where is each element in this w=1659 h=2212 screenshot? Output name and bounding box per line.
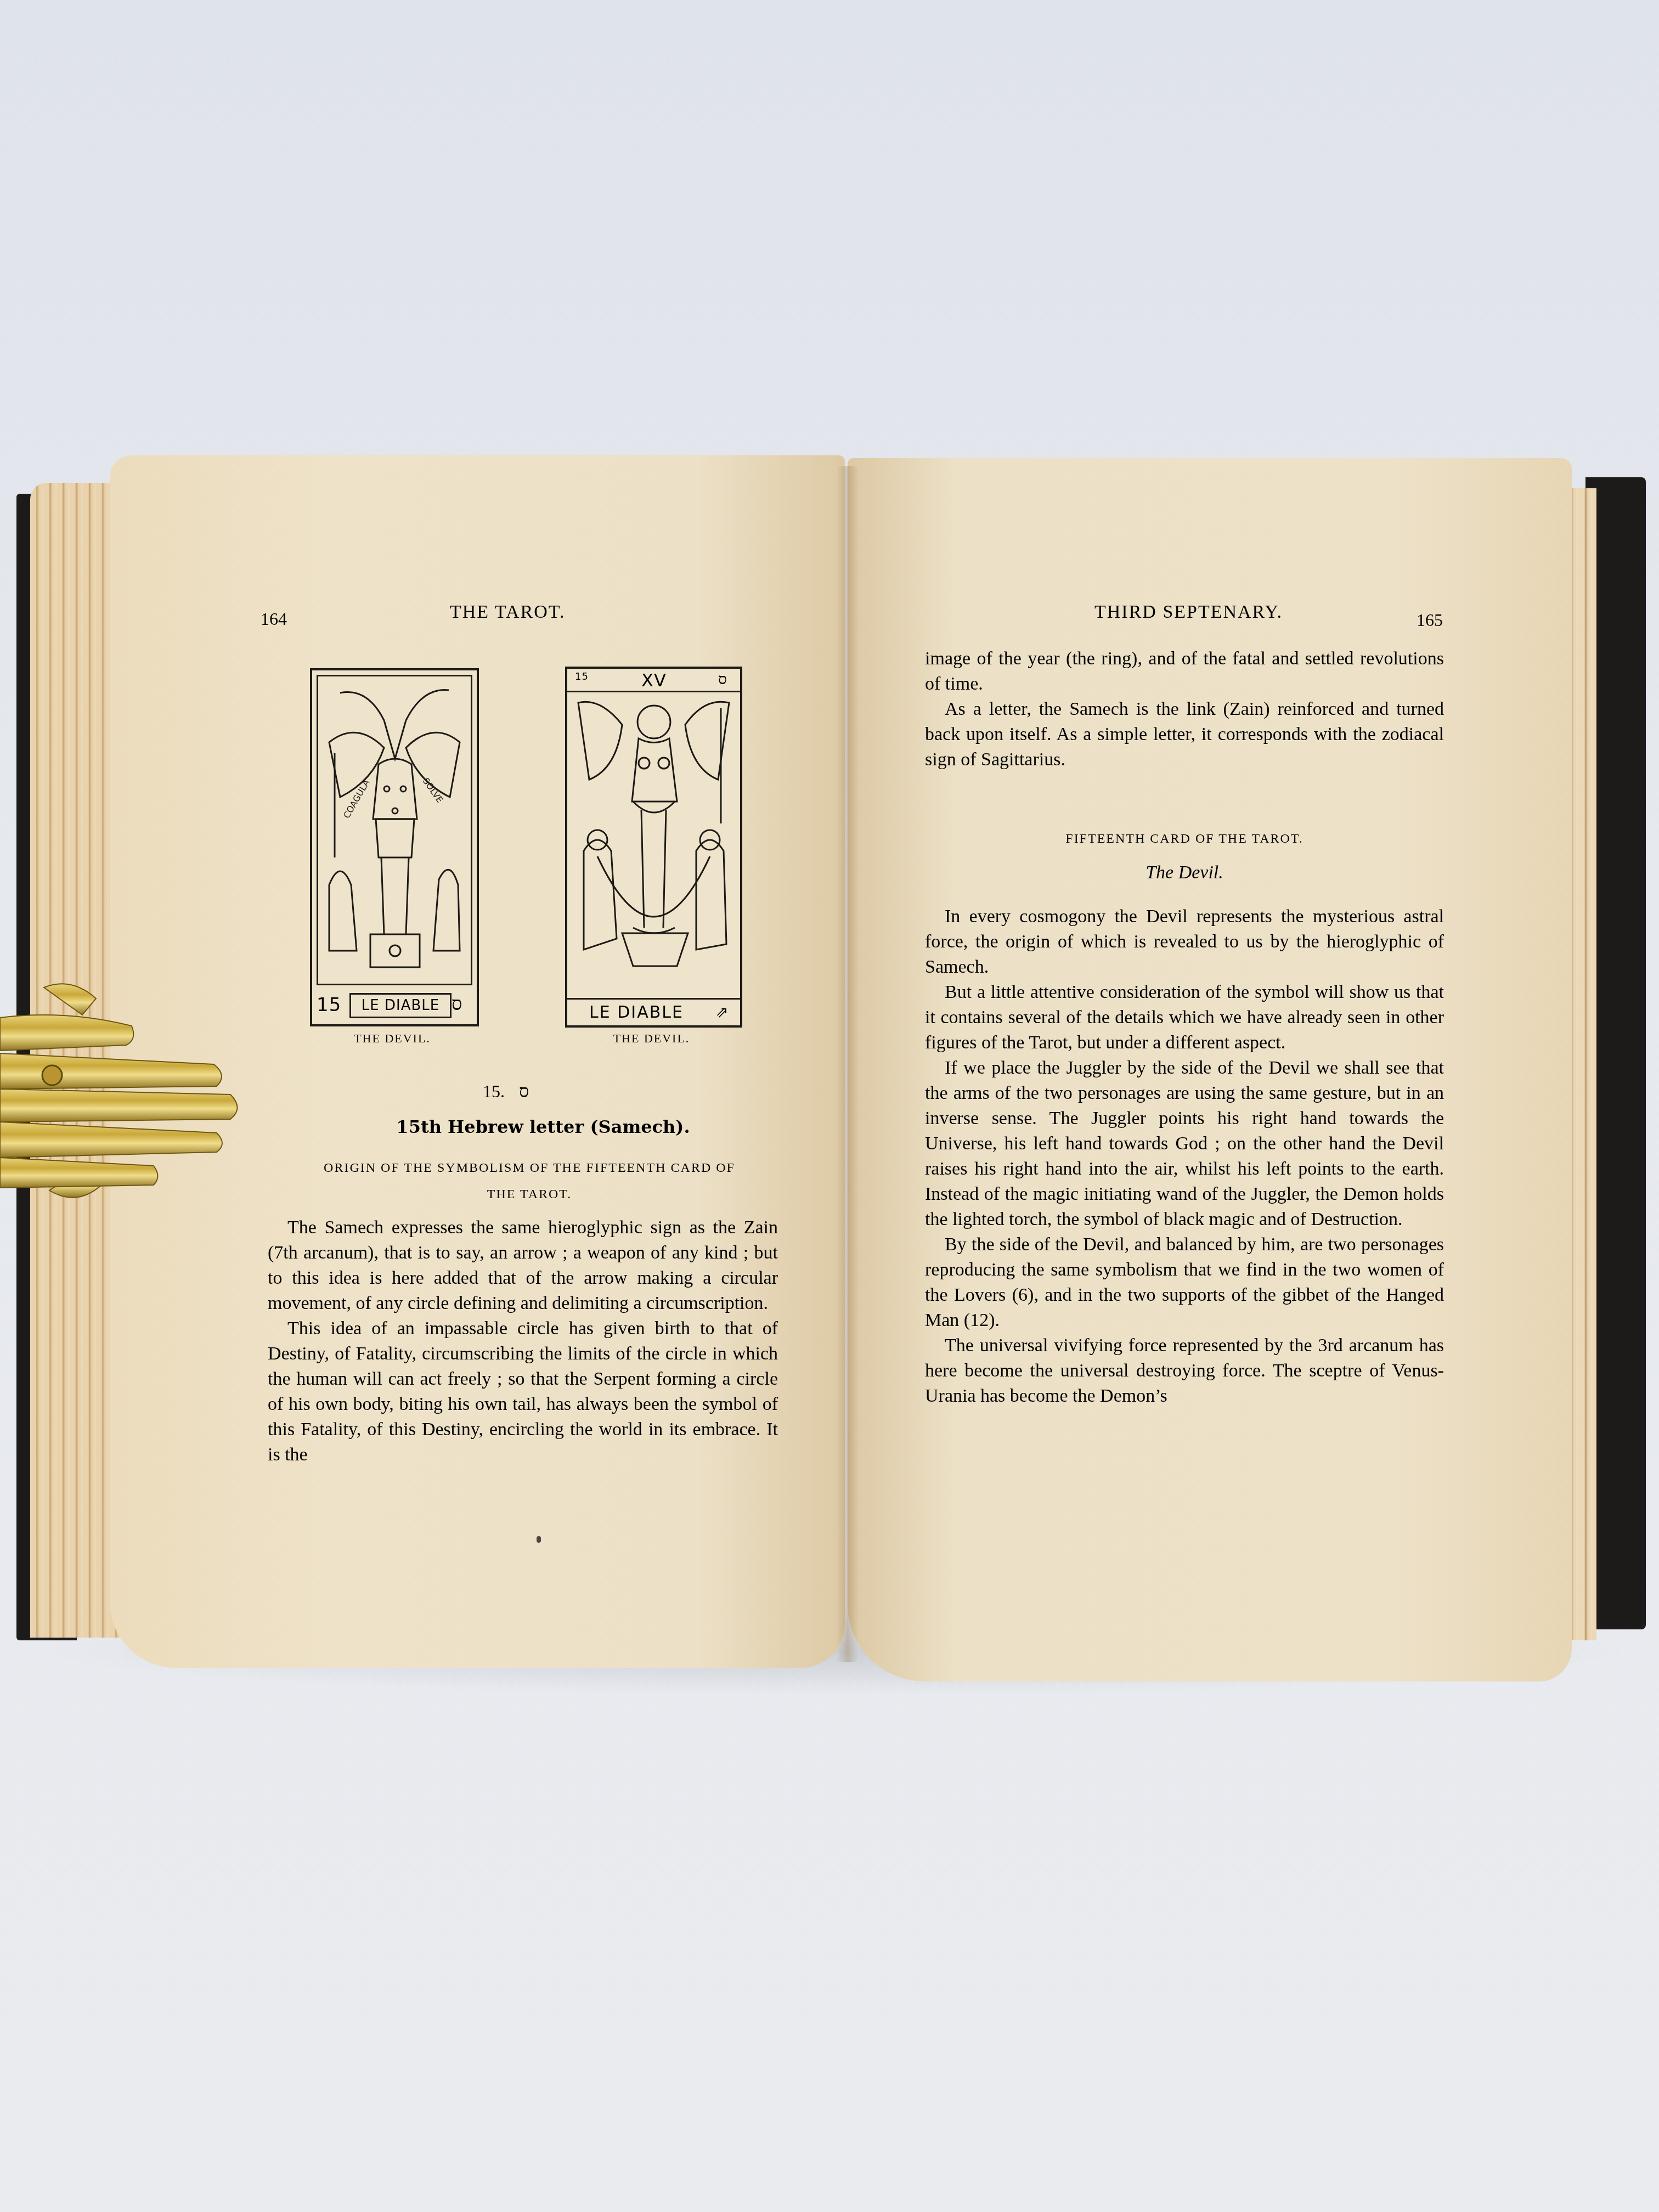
hebrew-letter-samech: ס: [718, 670, 727, 689]
card-top-banner: 15 XV ס: [567, 669, 740, 692]
right-page-number: 165: [1417, 610, 1443, 630]
paragraph: The Samech expresses the same hieroglyph…: [268, 1215, 778, 1316]
left-page-body: The Samech expresses the same hieroglyph…: [268, 1215, 778, 1468]
card-number-small: 15: [575, 671, 589, 682]
right-page-body: In every cosmogony the Devil represents …: [925, 904, 1444, 1409]
svg-text:COAGULA: COAGULA: [341, 777, 372, 820]
paragraph: By the side of the Devil, and balanced b…: [925, 1232, 1444, 1333]
baphomet-illustration-icon: COAGULA SOLVE: [318, 676, 471, 984]
right-section-subheading: The Devil.: [925, 862, 1444, 883]
roman-numeral: XV: [641, 670, 667, 691]
paragraph: image of the year (the ring), and of the…: [925, 646, 1444, 697]
right-section-heading: FIFTEENTH CARD OF THE TAROT.: [925, 826, 1444, 852]
arrow-symbol-icon: ⇗: [715, 1003, 729, 1021]
samech-glyph-icon: ס: [452, 993, 462, 1015]
tarot-card-figure-traditional-devil: 15 XV ס LE DIABLE ⇗: [565, 667, 742, 1028]
tarot-card-figure-marseille-devil: COAGULA SOLVE 15 LE DIABLE ס: [310, 668, 479, 1026]
paragraph: This idea of an impassable circle has gi…: [268, 1316, 778, 1468]
section-title: 15th Hebrew letter (Samech).: [296, 1116, 790, 1137]
right-page-body-top: image of the year (the ring), and of the…: [925, 646, 1444, 772]
card-illustration-frame: COAGULA SOLVE: [317, 675, 472, 985]
left-running-head: THE TAROT.: [450, 602, 566, 623]
card-title: LE DIABLE: [589, 1003, 684, 1022]
paragraph: As a letter, the Samech is the link (Zai…: [925, 697, 1444, 772]
devil-with-two-imps-illustration-icon: [567, 692, 740, 994]
card-bottom-banner: LE DIABLE ⇗: [567, 998, 740, 1025]
hebrew-letter-samech: ס: [519, 1081, 529, 1102]
section-subtitle-line-2: THE TAROT.: [291, 1181, 768, 1207]
card-title-box: LE DIABLE: [349, 993, 452, 1018]
ink-speck: [537, 1536, 541, 1543]
paragraph: But a little attentive consideration of …: [925, 980, 1444, 1056]
paragraph: The universal vivifying force represente…: [925, 1333, 1444, 1409]
section-subtitle-line-1: ORIGIN OF THE SYMBOLISM OF THE FIFTEENTH…: [291, 1155, 768, 1181]
card-number: 15: [317, 994, 341, 1016]
paragraph: If we place the Juggler by the side of t…: [925, 1056, 1444, 1232]
brass-hand-page-holder-icon: [0, 977, 241, 1207]
figure-caption-2: THE DEVIL.: [565, 1031, 738, 1046]
book-gutter: [837, 466, 859, 1662]
section-subtitle: ORIGIN OF THE SYMBOLISM OF THE FIFTEENTH…: [291, 1155, 768, 1207]
section-number-heading: 15. ס: [483, 1081, 529, 1102]
paragraph: In every cosmogony the Devil represents …: [925, 904, 1444, 980]
right-running-head: THIRD SEPTENARY.: [1094, 602, 1283, 623]
left-page-number: 164: [261, 609, 287, 629]
section-number: 15.: [483, 1081, 505, 1101]
svg-text:SOLVE: SOLVE: [421, 776, 445, 805]
figure-caption-1: THE DEVIL.: [310, 1031, 475, 1046]
